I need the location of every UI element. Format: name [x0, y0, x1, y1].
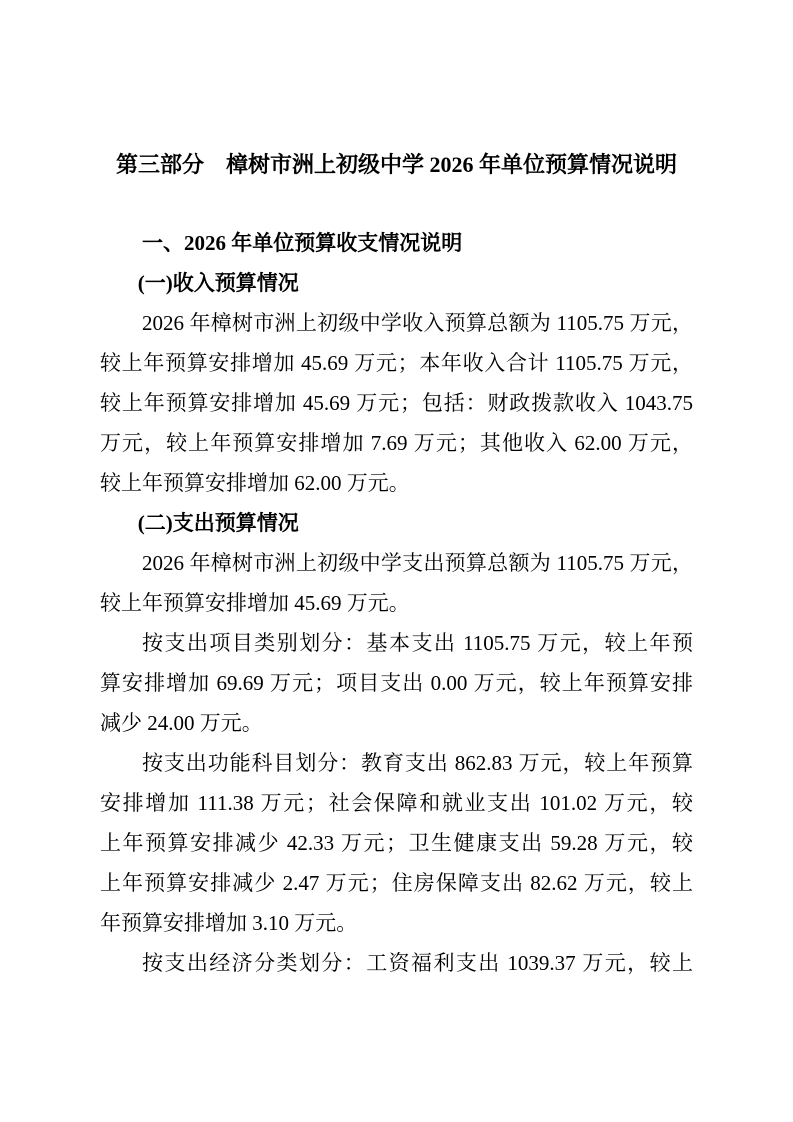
text-line: 按支出项目类别划分：基本支出 1105.75 万元，较上年预	[100, 623, 693, 663]
text-line: 上年预算安排减少 2.47 万元；住房保障支出 82.62 万元，较上	[100, 863, 693, 903]
text-line: 按支出功能科目划分：教育支出 862.83 万元，较上年预算	[100, 743, 693, 783]
text-line: 2026 年樟树市洲上初级中学支出预算总额为 1105.75 万元，	[100, 543, 693, 583]
text-line: 算安排增加 69.69 万元；项目支出 0.00 万元，较上年预算安排	[100, 663, 693, 703]
text-line: 安排增加 111.38 万元；社会保障和就业支出 101.02 万元，较	[100, 783, 693, 823]
text-line: 2026 年樟树市洲上初级中学收入预算总额为 1105.75 万元，	[100, 303, 693, 343]
document-title: 第三部分 樟树市洲上初级中学 2026 年单位预算情况说明	[100, 145, 693, 185]
section-heading-1: 一、2026 年单位预算收支情况说明	[100, 223, 693, 263]
text-line: 年预算安排增加 3.10 万元。	[100, 903, 693, 943]
text-line: 较上年预算安排增加 45.69 万元。	[100, 583, 693, 623]
text-line: 减少 24.00 万元。	[100, 703, 693, 743]
text-line: 较上年预算安排增加 45.69 万元；本年收入合计 1105.75 万元，	[100, 343, 693, 383]
text-line: 较上年预算安排增加 45.69 万元；包括：财政拨款收入 1043.75	[100, 383, 693, 423]
text-line: 上年预算安排减少 42.33 万元；卫生健康支出 59.28 万元，较	[100, 823, 693, 863]
subsection-heading-income: (一)收入预算情况	[100, 263, 693, 303]
text-line: 按支出经济分类划分：工资福利支出 1039.37 万元，较上	[100, 943, 693, 983]
document-page: 第三部分 樟树市洲上初级中学 2026 年单位预算情况说明 一、2026 年单位…	[0, 0, 793, 1122]
document-content: 第三部分 樟树市洲上初级中学 2026 年单位预算情况说明 一、2026 年单位…	[100, 145, 693, 983]
text-line: 万元，较上年预算安排增加 7.69 万元；其他收入 62.00 万元，	[100, 423, 693, 463]
text-line: 较上年预算安排增加 62.00 万元。	[100, 463, 693, 503]
subsection-heading-expenditure: (二)支出预算情况	[100, 503, 693, 543]
